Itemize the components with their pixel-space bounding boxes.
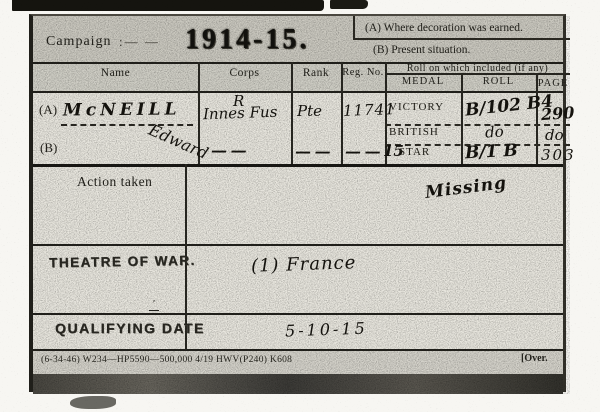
row-b-label: (B) bbox=[40, 140, 57, 156]
bottom-edge-smudge bbox=[33, 374, 563, 394]
column-header-medal: MEDAL bbox=[385, 76, 461, 87]
british-roll-value: do bbox=[484, 122, 504, 141]
qualifying-date-value: 5-10-15 bbox=[285, 319, 368, 341]
column-header-name: Name bbox=[33, 67, 198, 79]
rule-under-action-section bbox=[33, 244, 563, 246]
campaign-fill-dashes: :— — bbox=[119, 34, 160, 50]
rank-value: Pte bbox=[297, 102, 322, 120]
medal-row-victory: VICTORY bbox=[389, 101, 444, 113]
forename-value: Edward bbox=[146, 120, 211, 163]
row-b-regno-ditto: — — bbox=[345, 142, 380, 161]
medal-row-british: BRITISH bbox=[389, 126, 439, 138]
scan-artifact-top-bar bbox=[12, 0, 324, 11]
column-header-rank: Rank bbox=[291, 67, 341, 79]
note-where-decoration-earned: (A) Where decoration was earned. bbox=[365, 22, 523, 34]
star-page-value: 303 bbox=[541, 146, 576, 164]
rule-under-qualifying-section bbox=[33, 349, 563, 351]
campaign-label: Campaign bbox=[46, 34, 112, 50]
rule-under-column-headers bbox=[33, 91, 563, 93]
column-header-page: PAGE bbox=[536, 78, 570, 89]
column-header-roll-included: Roll on which included (if any) bbox=[385, 63, 570, 74]
over-note: [Over. bbox=[521, 353, 548, 364]
theatre-of-war-value: (1) France bbox=[251, 252, 357, 277]
qualifying-date-label: QUALIFYING DATE bbox=[55, 320, 205, 336]
british-page-value: do bbox=[545, 126, 564, 144]
print-code-footer: (6-34-46) W234—HP5590—500,000 4/19 HWV(P… bbox=[41, 355, 292, 365]
note-present-situation: (B) Present situation. bbox=[373, 44, 470, 56]
action-taken-label: Action taken bbox=[77, 174, 152, 190]
name-guide-rule bbox=[61, 124, 193, 126]
scan-artifact-bottom-blot bbox=[70, 396, 116, 409]
column-header-roll: ROLL bbox=[461, 76, 536, 87]
victory-page-value: 290 bbox=[540, 103, 575, 124]
rule-under-theatre-section bbox=[33, 313, 563, 315]
corps-value-line2: Innes Fus bbox=[203, 103, 278, 124]
small-tick-artifact: ′ bbox=[149, 299, 159, 311]
row-b-rank-ditto: — — bbox=[295, 142, 330, 161]
theatre-of-war-label: THEATRE OF WAR. bbox=[49, 253, 196, 271]
missing-annotation: Missing bbox=[424, 173, 508, 203]
surname-value: McNEILL bbox=[63, 99, 181, 120]
column-header-corps: Corps bbox=[198, 67, 291, 79]
medal-row-star: STAR bbox=[399, 146, 430, 158]
scan-artifact-top-bar-2 bbox=[330, 0, 368, 9]
rule-under-rows bbox=[33, 164, 563, 167]
campaign-year: 1914-15. bbox=[185, 24, 309, 56]
star-roll-value: B/1 B bbox=[465, 141, 519, 164]
row-b-corps-ditto: — — bbox=[211, 141, 246, 160]
row-a-label: (A) bbox=[39, 102, 57, 118]
column-header-regno: Reg. No. bbox=[341, 67, 385, 78]
medal-index-card: Campaign :— — 1914-15. (A) Where decorat… bbox=[29, 14, 566, 392]
